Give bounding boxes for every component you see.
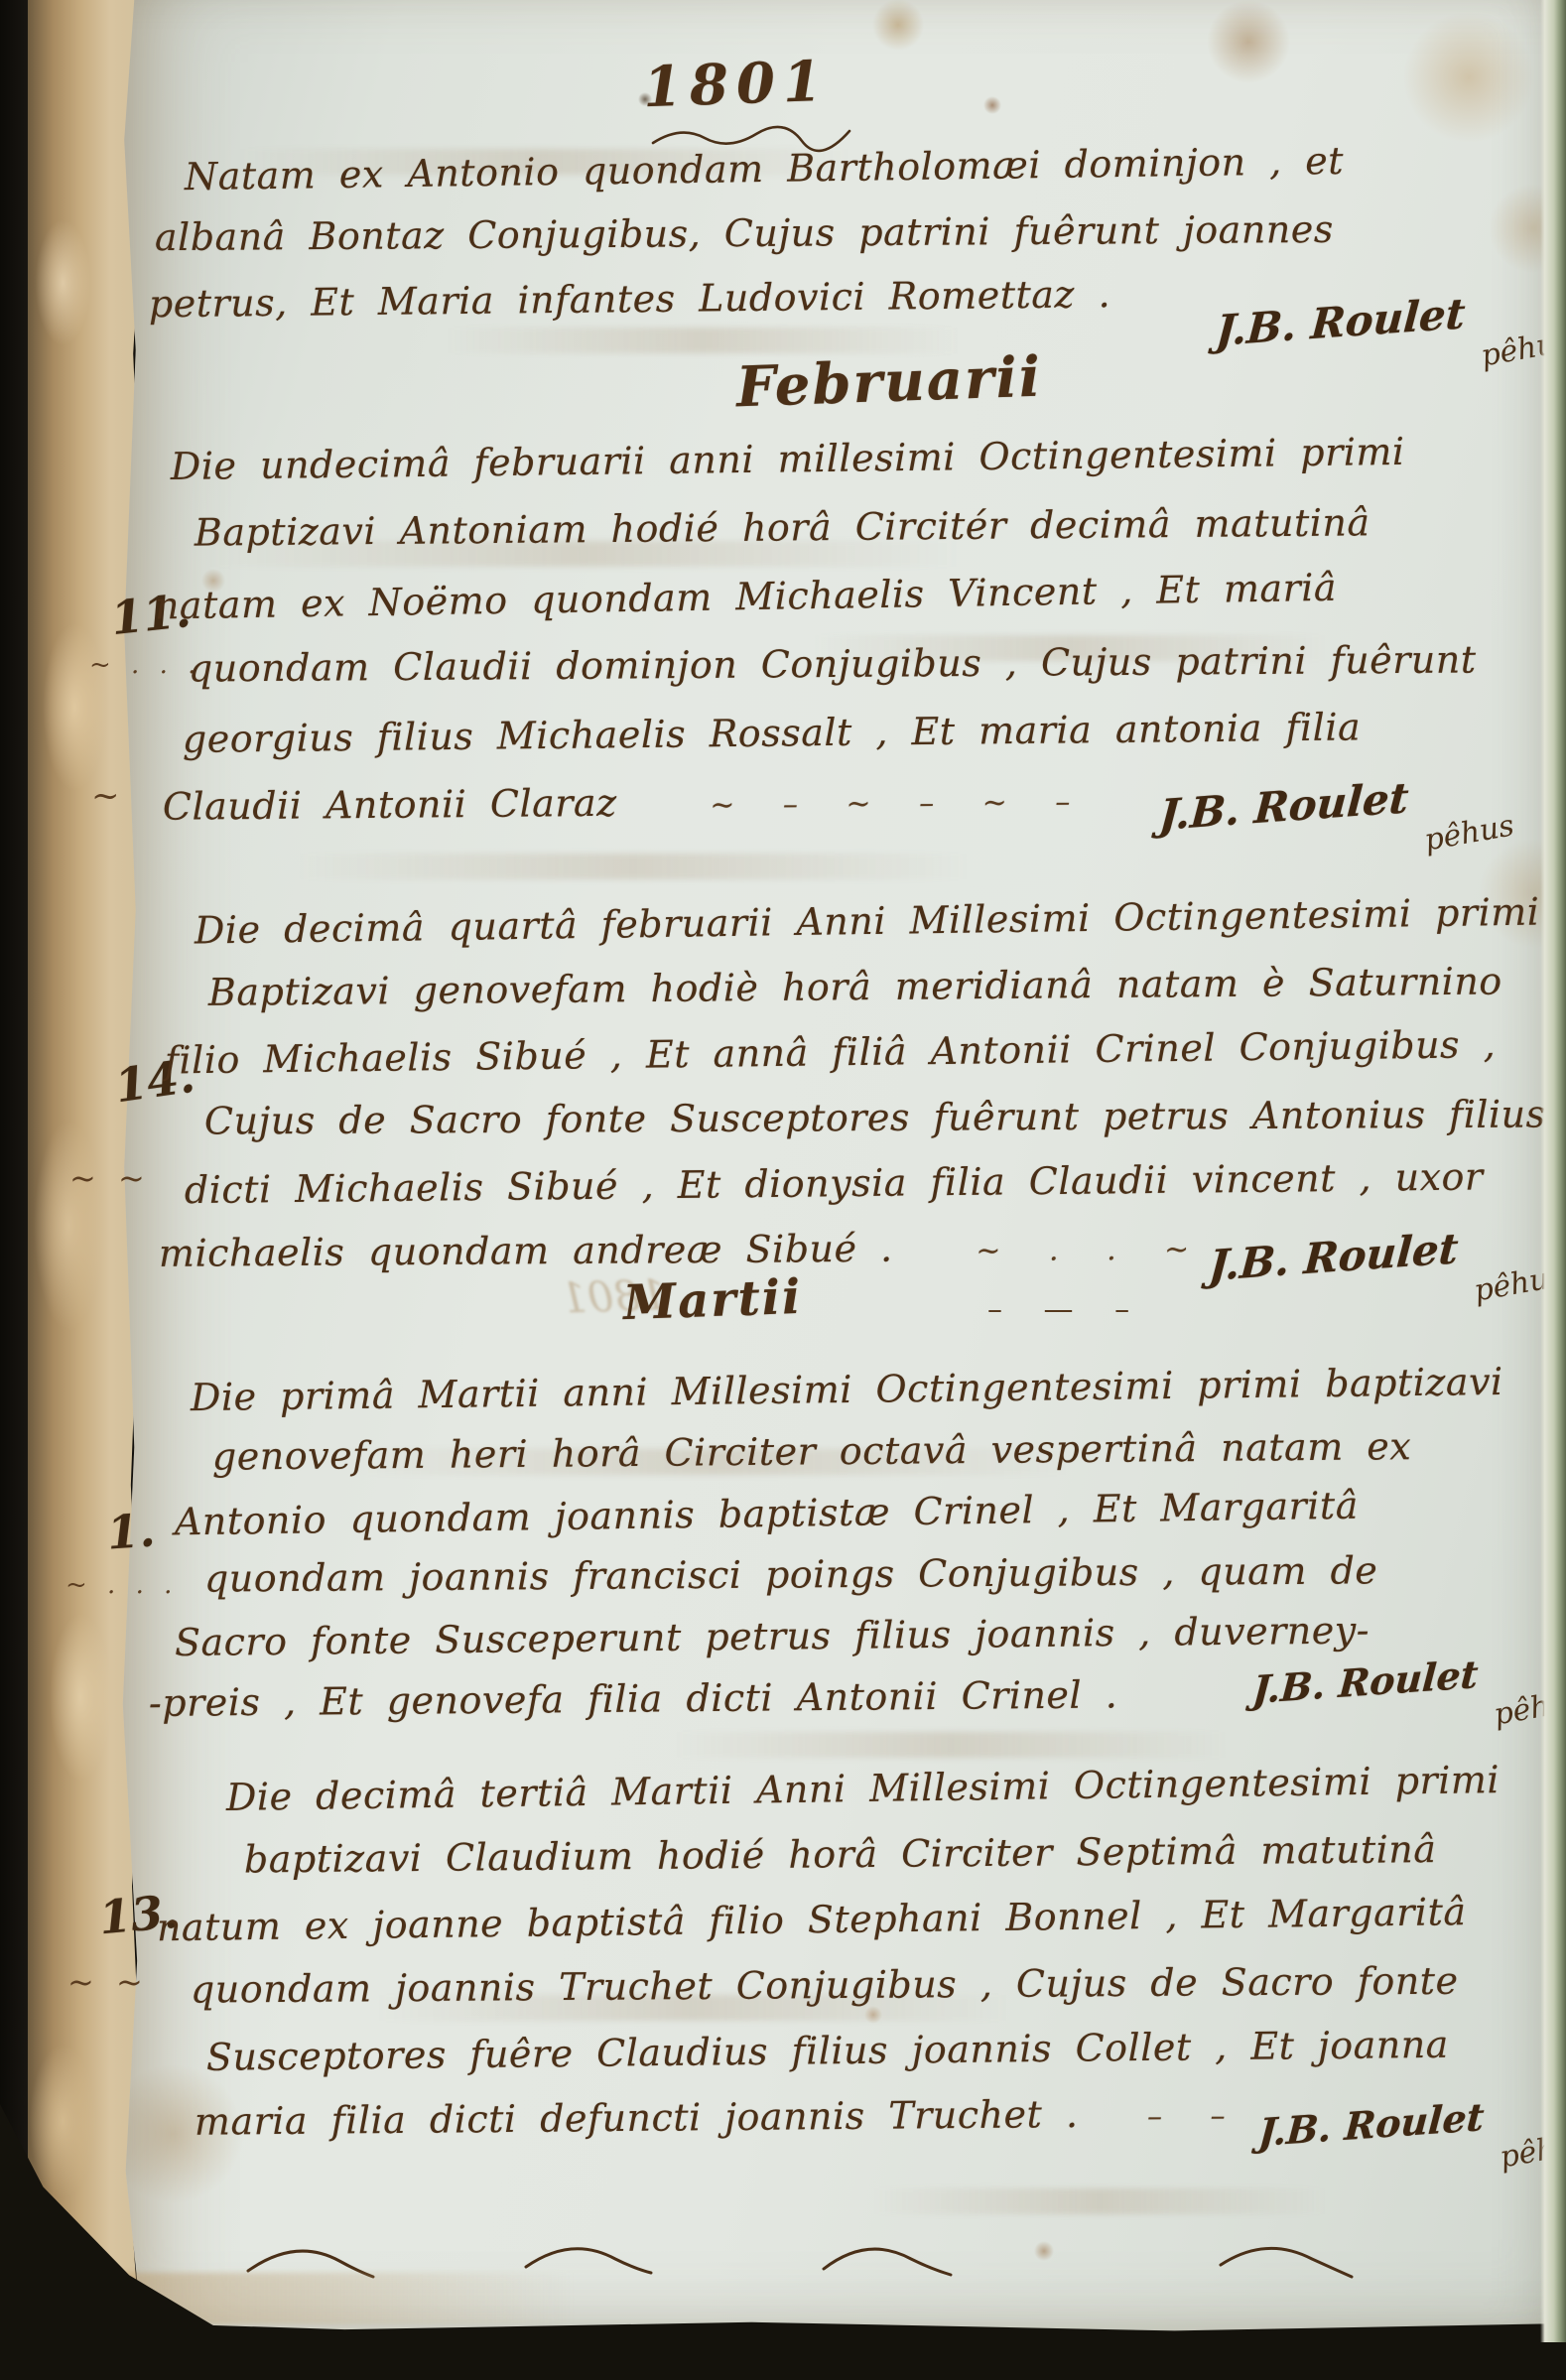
filler-marks: – –	[1147, 2099, 1240, 2135]
month-heading-march: Martii	[622, 1269, 803, 1331]
book-photo: 1801 1801 Natam ex Antonio quondam Barth…	[0, 0, 1566, 2380]
entry-line-text: Claudii Antonii Claraz	[163, 781, 617, 829]
entry-margin-marks: ~	[91, 776, 126, 816]
page-stack-right-edge	[1540, 0, 1566, 2342]
entry-line: Natam ex Antonio quondam Bartholomæi dom…	[185, 139, 1345, 219]
heading-side-marks: – — –	[987, 1292, 1145, 1327]
bleed-smudge	[871, 2188, 1328, 2214]
entry-line: quondam joannis francisci poings Conjugi…	[204, 1547, 1503, 1618]
entry-line: quondam Claudii dominjon Conjugibus , Cu…	[189, 637, 1477, 715]
entry-margin-marks: ~ ~	[67, 1963, 149, 2001]
entry-baptism-13-march: Die decimâ tertiâ Martii Anni Millesimi …	[149, 1767, 1500, 2160]
priest-signature: J.B. Roulet pêhus	[1159, 782, 1504, 831]
signature-name: J.B. Roulet	[1158, 773, 1410, 840]
priest-signature: J.B. Roulet pêhus	[1216, 298, 1561, 346]
signature-name: J.B. Roulet	[1215, 289, 1467, 355]
signature-name: J.B. Roulet	[1257, 2094, 1486, 2155]
entry-line: albanâ Bontaz Conjugibus, Cujus patrini …	[155, 207, 1345, 280]
entry-line: georgius filius Michaelis Rossalt , Et m…	[183, 704, 1477, 786]
signature-name: J.B. Roulet	[1251, 1652, 1480, 1712]
priest-signature: J.B. Roulet pêhus	[1252, 1659, 1566, 1704]
entry-line: petrus, Et Maria infantes Ludovici Romet…	[149, 270, 1345, 347]
entry-margin-marks: ~ ~	[69, 1159, 151, 1197]
priest-signature: J.B. Roulet pêhus	[1258, 2102, 1566, 2147]
entry-line-text: maria filia dicti defuncti joannis Truch…	[195, 2092, 1079, 2144]
entry-line: Cujus de Sacro fonte Susceptores fuêrunt…	[204, 1092, 1546, 1164]
year-heading: 1801	[642, 49, 831, 121]
entry-line: quondam joannis Truchet Conjugibus , Cuj…	[191, 1958, 1501, 2033]
bleed-smudge	[296, 854, 971, 879]
entry-line-text: michaelis quondam andreæ Sibué .	[159, 1227, 893, 1275]
signature-name: J.B. Roulet	[1208, 1224, 1460, 1290]
filler-marks: ~ . . ~	[976, 1233, 1203, 1269]
entry-line: Susceptores fuêre Claudius filius joanni…	[206, 2022, 1501, 2101]
month-heading-february: Februarii	[735, 344, 1043, 421]
entry-january-continuation: Natam ex Antonio quondam Bartholomæi dom…	[149, 147, 1344, 340]
entry-line: dicti Michaelis Sibué , Et dionysia fili…	[185, 1154, 1546, 1234]
priest-signature: J.B. Roulet pêhus	[1209, 1233, 1554, 1281]
filler-marks: ~ – ~ – ~ –	[710, 785, 1084, 823]
